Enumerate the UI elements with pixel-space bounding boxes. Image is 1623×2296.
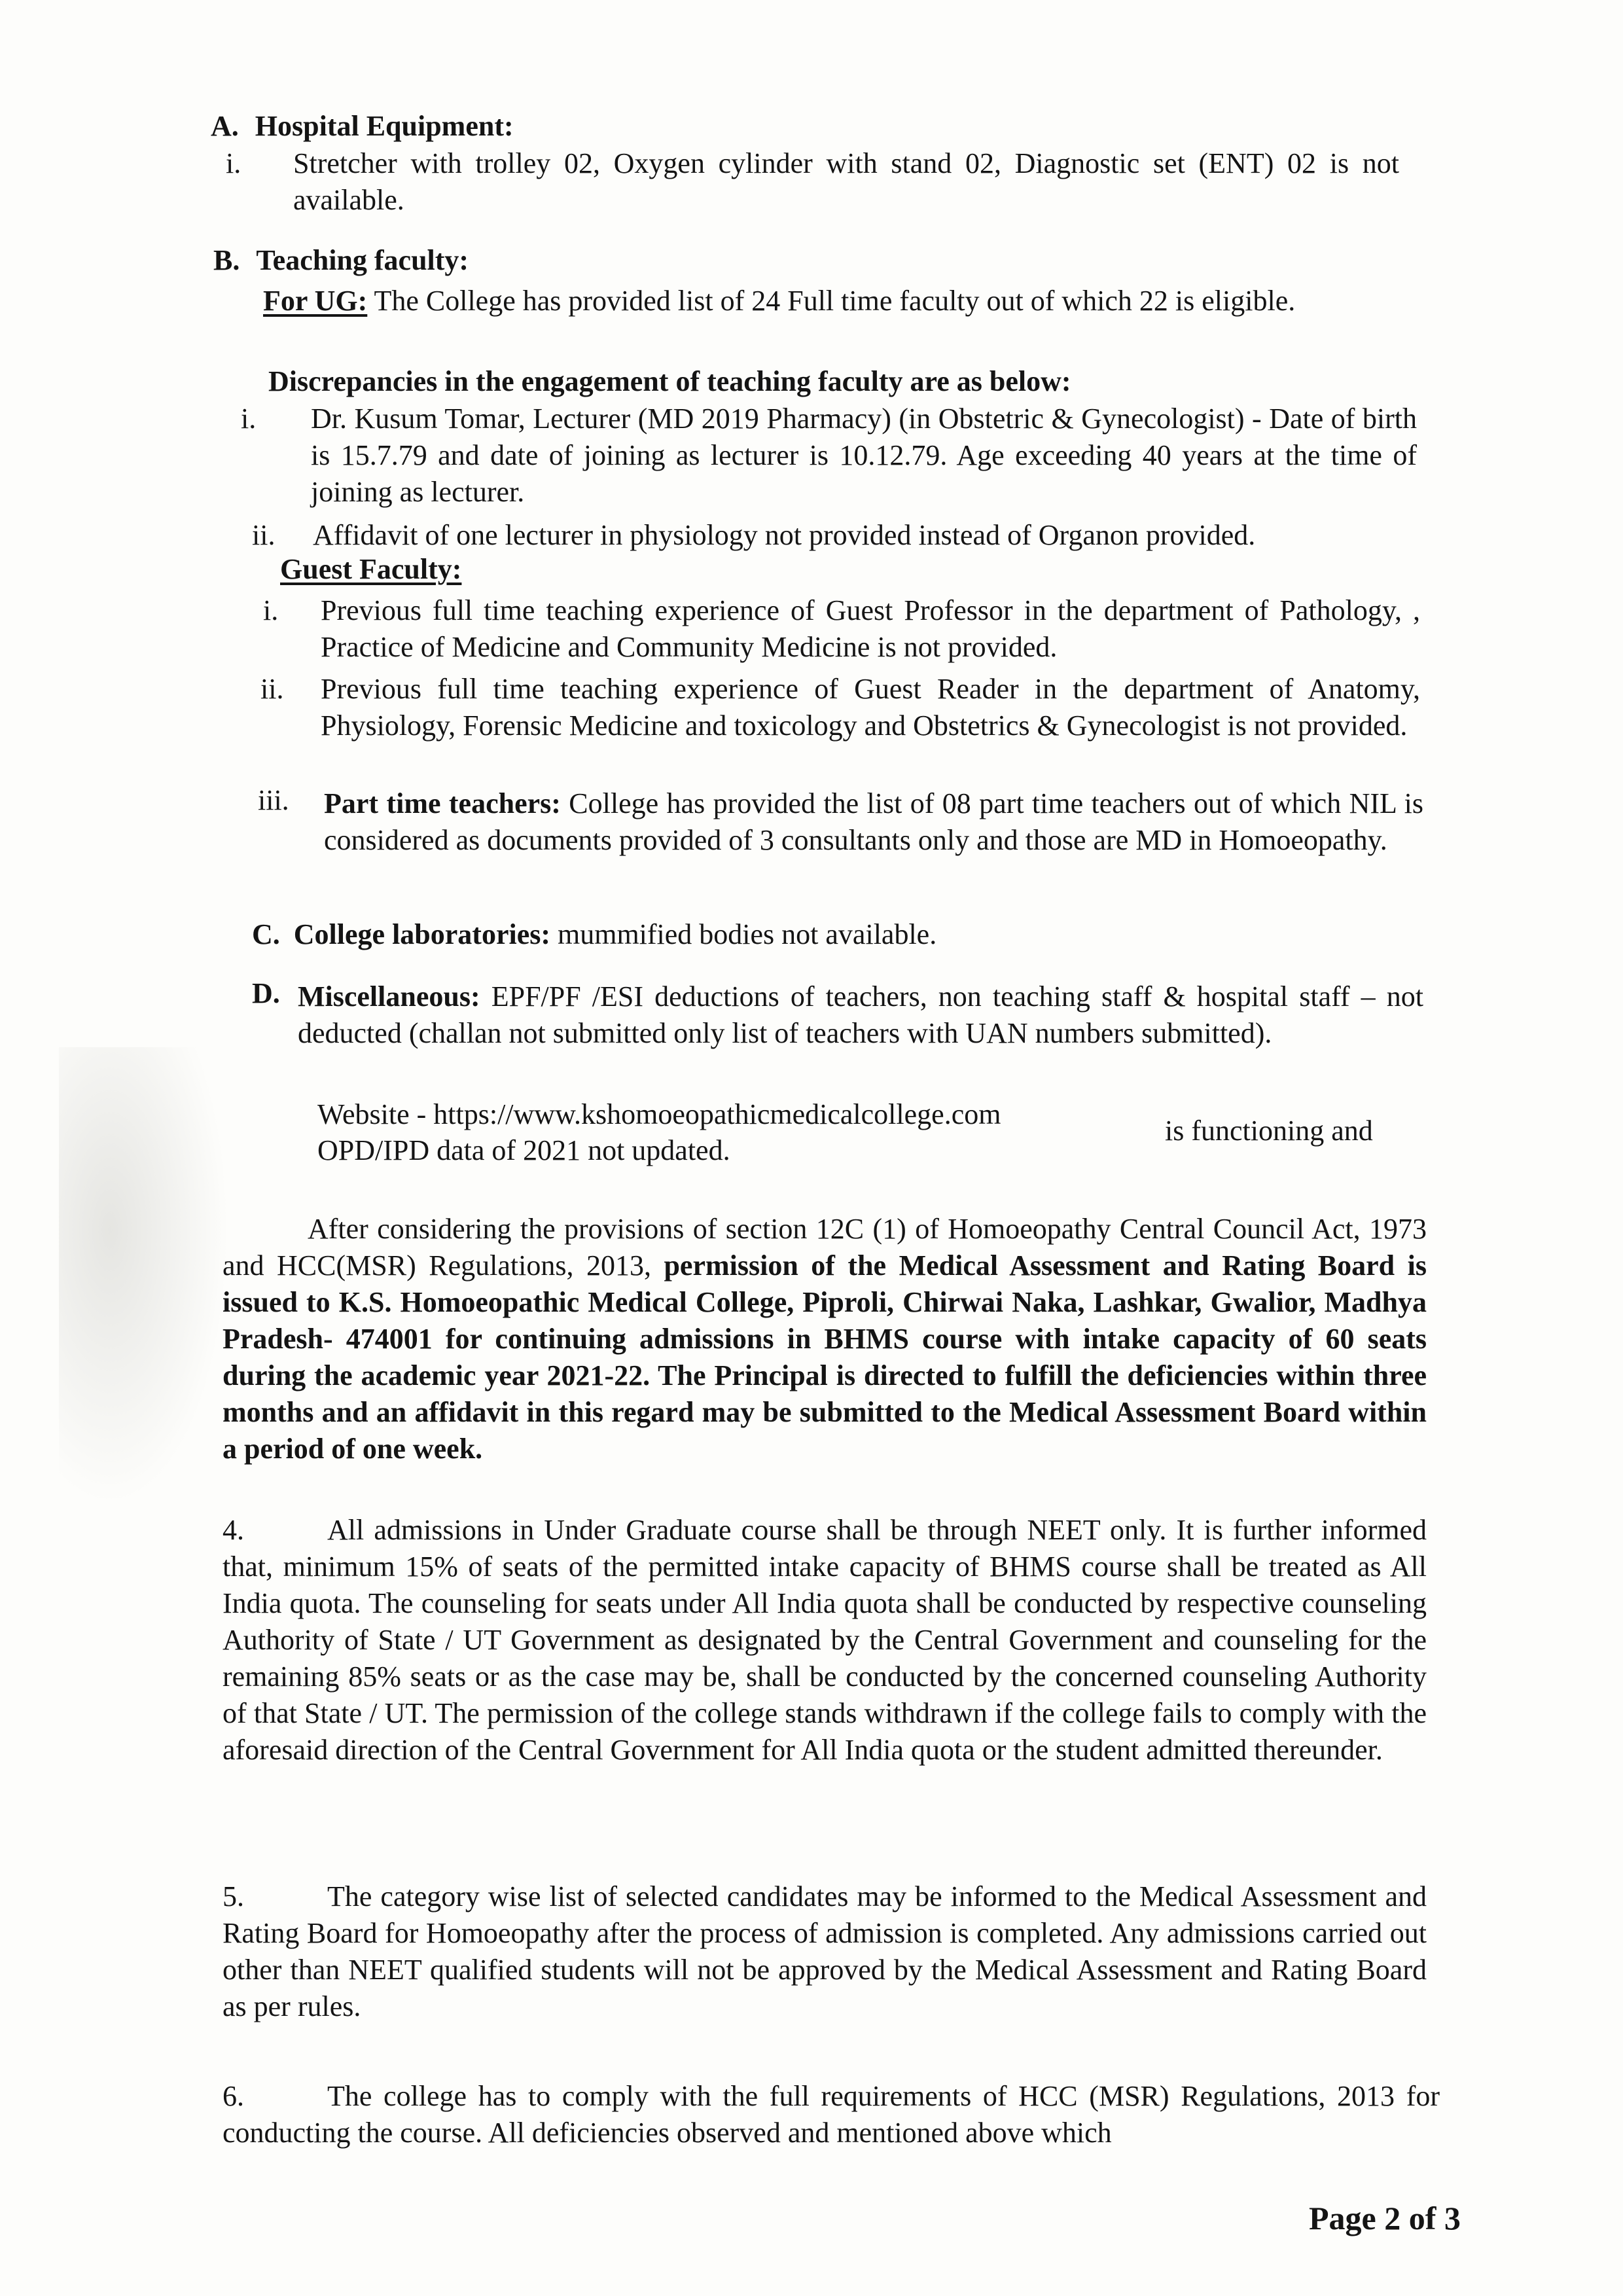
scan-artifact	[59, 1047, 229, 1505]
guest-item-3: Part time teachers: College has provided…	[324, 785, 1423, 859]
ug-text: The College has provided list of 24 Full…	[367, 285, 1295, 317]
website-status-text: is functioning and	[1165, 1115, 1373, 1147]
section-d-marker: D.	[252, 975, 280, 1012]
section-c: C. College laboratories: mummified bodie…	[252, 916, 936, 953]
website-url-text: Website - https://www.kshomoeopathicmedi…	[317, 1098, 1001, 1130]
section-b-letter: B.	[213, 244, 240, 276]
document-page: A. Hospital Equipment: i. Stretcher with…	[0, 0, 1623, 2296]
paragraph-text: The category wise list of selected candi…	[223, 1880, 1427, 2022]
section-a-item-1: Stretcher with trolley 02, Oxygen cylind…	[293, 145, 1399, 219]
guest-faculty-heading-text: Guest Faculty:	[280, 553, 461, 585]
section-c-letter: C.	[252, 918, 280, 950]
discrepancy-item-2: Affidavit of one lecturer in physiology …	[313, 517, 1425, 554]
guest-item-1: Previous full time teaching experience o…	[321, 592, 1420, 666]
discrepancy-marker-2: ii.	[252, 517, 275, 554]
ug-label: For UG:	[263, 285, 367, 317]
paragraph-number: 6.	[223, 2078, 327, 2115]
section-a-letter: A.	[211, 110, 239, 142]
section-d-title: Miscellaneous:	[298, 980, 480, 1013]
guest-item-2: Previous full time teaching experience o…	[321, 671, 1420, 744]
discrepancies-heading: Discrepancies in the engagement of teach…	[268, 363, 1071, 400]
item-number: ii.	[260, 673, 283, 705]
page-number: Page 2 of 3	[1309, 2199, 1461, 2237]
section-c-title: College laboratories:	[294, 918, 550, 950]
guest-marker-3: iii.	[258, 782, 289, 819]
item-text: Previous full time teaching experience o…	[321, 594, 1420, 663]
section-a-item-marker: i.	[226, 145, 241, 182]
paragraph-4: 4.All admissions in Under Graduate cours…	[223, 1512, 1427, 1768]
section-b-heading: B. Teaching faculty:	[213, 242, 469, 279]
item-label: Part time teachers:	[324, 787, 561, 819]
section-d-text: Miscellaneous: EPF/PF /ESI deductions of…	[298, 978, 1423, 1052]
section-d-letter: D.	[252, 977, 280, 1009]
item-text: Dr. Kusum Tomar, Lecturer (MD 2019 Pharm…	[311, 403, 1417, 508]
guest-marker-1: i.	[263, 592, 278, 629]
guest-faculty-heading: Guest Faculty:	[280, 551, 461, 588]
item-number: i.	[263, 594, 278, 626]
website-line-1: Website - https://www.kshomoeopathicmedi…	[317, 1096, 1001, 1133]
section-a-heading: A. Hospital Equipment:	[211, 108, 514, 145]
paragraph-text: The college has to comply with the full …	[223, 2080, 1440, 2149]
section-a-title: Hospital Equipment:	[255, 110, 514, 142]
page-number-text: Page 2 of 3	[1309, 2200, 1461, 2236]
section-c-text: mummified bodies not available.	[550, 918, 936, 950]
discrepancies-heading-text: Discrepancies in the engagement of teach…	[268, 365, 1071, 397]
item-number: ii.	[252, 519, 275, 551]
permission-paragraph: After considering the provisions of sect…	[223, 1211, 1427, 1467]
item-number: iii.	[258, 784, 289, 816]
ug-faculty-paragraph: For UG: The College has provided list of…	[263, 283, 1415, 319]
guest-marker-2: ii.	[260, 671, 283, 708]
paragraph-text: All admissions in Under Graduate course …	[223, 1514, 1427, 1766]
paragraph-number: 5.	[223, 1878, 327, 1915]
website-line-2: OPD/IPD data of 2021 not updated.	[317, 1132, 730, 1169]
discrepancy-marker-1: i.	[241, 401, 256, 437]
item-text: Stretcher with trolley 02, Oxygen cylind…	[293, 147, 1399, 216]
opd-ipd-text: OPD/IPD data of 2021 not updated.	[317, 1134, 730, 1166]
website-line-1-end: is functioning and	[1165, 1113, 1373, 1149]
item-number: i.	[241, 403, 256, 435]
item-number: i.	[226, 147, 241, 179]
item-text: Affidavit of one lecturer in physiology …	[313, 519, 1255, 551]
item-text: Previous full time teaching experience o…	[321, 673, 1420, 742]
permission-grant-text: permission of the Medical Assessment and…	[223, 1249, 1427, 1465]
paragraph-5: 5.The category wise list of selected can…	[223, 1878, 1427, 2025]
paragraph-6: 6.The college has to comply with the ful…	[223, 2078, 1440, 2151]
paragraph-number: 4.	[223, 1512, 327, 1549]
section-b-title: Teaching faculty:	[256, 244, 469, 276]
discrepancy-item-1: Dr. Kusum Tomar, Lecturer (MD 2019 Pharm…	[311, 401, 1417, 511]
